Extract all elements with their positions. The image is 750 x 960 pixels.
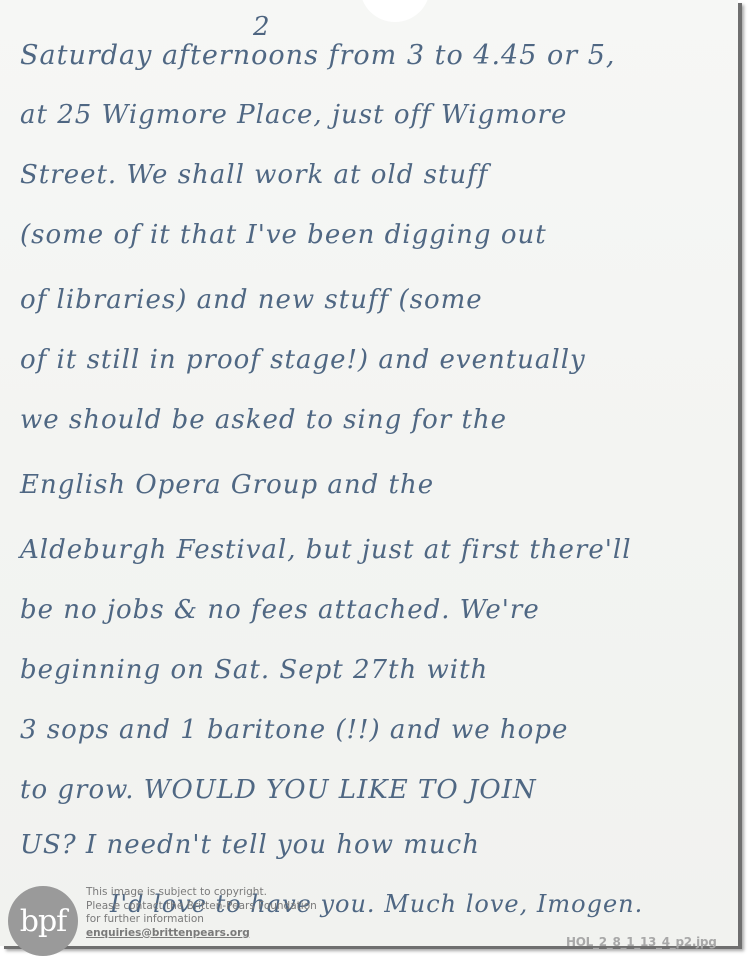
bpf-logo-text: bpf [20,904,67,939]
letter-line: Aldeburgh Festival, but just at first th… [20,535,632,565]
letter-line: English Opera Group and the [20,470,434,500]
letter-line: beginning on Sat. Sept 27th with [20,655,488,685]
letter-line: of it still in proof stage!) and eventua… [20,345,586,375]
letter-line: (some of it that I've been digging out [20,220,547,250]
page-notch [360,0,430,22]
copyright-line: Please contact the Britten-Pears Foundat… [86,900,317,914]
letter-line: Street. We shall work at old stuff [20,160,488,190]
letter-line: of libraries) and new stuff (some [20,285,483,315]
copyright-line: for further information [86,913,317,927]
page-number: 2 [253,12,270,42]
letter-line: be no jobs & no fees attached. We're [20,595,540,625]
letter-line: to grow. WOULD YOU LIKE TO JOIN [20,775,537,805]
copyright-line: This image is subject to copyright. [86,886,317,900]
letter-line: we should be asked to sing for the [20,405,507,435]
letter-page: 2 Saturday afternoons from 3 to 4.45 or … [0,0,738,946]
contact-email-link[interactable]: enquiries@brittenpears.org [86,927,317,941]
letter-line: Saturday afternoons from 3 to 4.45 or 5, [20,40,616,71]
image-filename: HOL_2_8_1_13_4_p2.jpg [566,935,716,949]
bpf-logo: bpf [8,886,78,956]
letter-line: US? I needn't tell you how much [20,830,480,860]
letter-line: 3 sops and 1 baritone (!!) and we hope [20,715,568,745]
letter-line: at 25 Wigmore Place, just off Wigmore [20,100,567,130]
copyright-notice: This image is subject to copyright. Plea… [86,886,317,940]
